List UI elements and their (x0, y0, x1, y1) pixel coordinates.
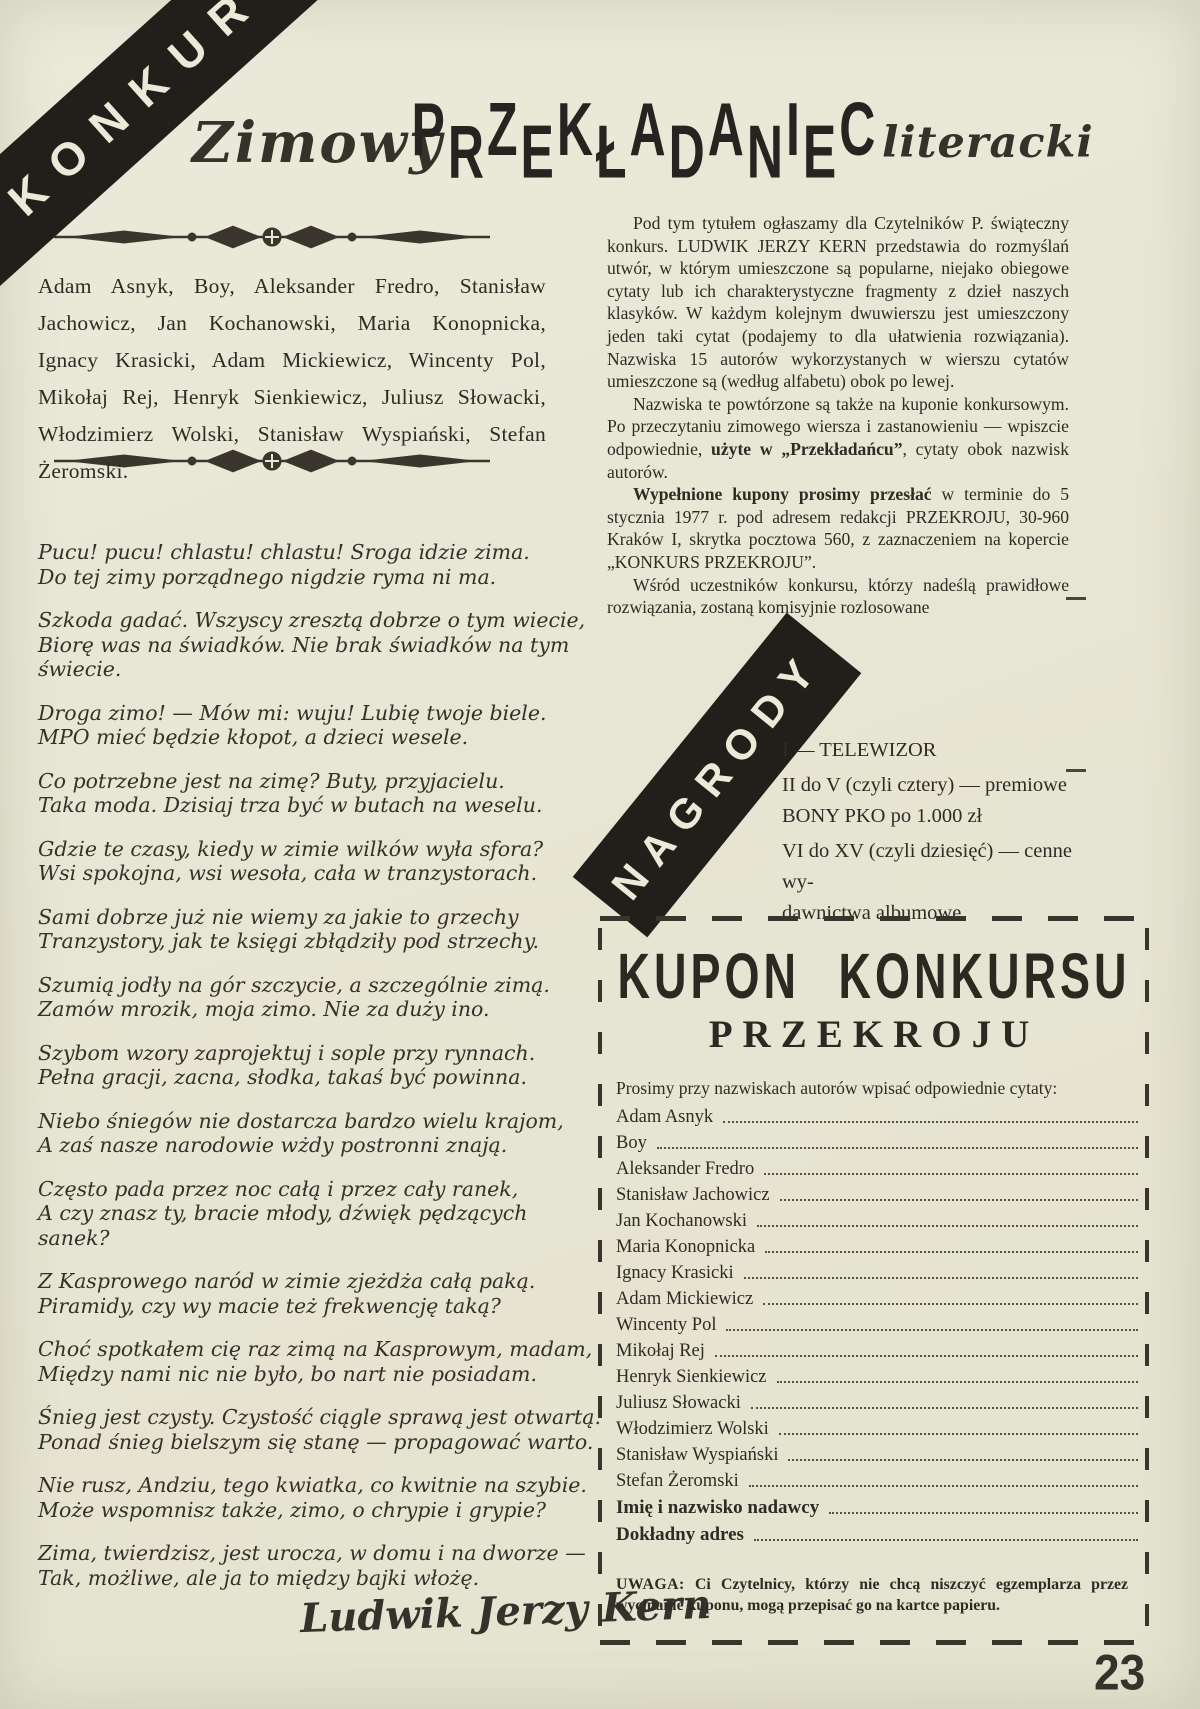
coupon-answer-line[interactable] (763, 1303, 1138, 1305)
coupon-author-row: Włodzimierz Wolski (616, 1414, 1140, 1440)
poem-line: Pełna gracji, zacna, słodka, takaś być p… (38, 1065, 603, 1090)
coupon-author-row: Henryk Sienkiewicz (616, 1362, 1140, 1388)
poem-line: Z Kasprowego naród w zimie zjeżdża całą … (38, 1269, 603, 1294)
coupon-author-row: Maria Konopnicka (616, 1232, 1140, 1258)
coupon-author-row: Adam Mickiewicz (616, 1284, 1140, 1310)
poem-stanza: Często pada przez noc całą i przez cały … (38, 1177, 603, 1251)
poem-line: Zima, twierdzisz, jest urocza, w domu i … (38, 1541, 603, 1566)
coupon-answer-line[interactable] (723, 1121, 1138, 1123)
poem-stanza: Niebo śniegów nie dostarcza bardzo wielu… (38, 1109, 603, 1158)
poem-stanza: Zima, twierdzisz, jest urocza, w domu i … (38, 1541, 603, 1590)
poem-stanza: Co potrzebne jest na zimę? Buty, przyjac… (38, 769, 603, 818)
title-letter: E (521, 109, 554, 196)
coupon-author-row: Adam Asnyk (616, 1102, 1140, 1128)
coupon-answer-line[interactable] (780, 1199, 1138, 1201)
title-script-zimowy: Zimowy (192, 110, 444, 176)
poem-line: Do tej zimy porządnego nigdzie ryma ni m… (38, 565, 603, 590)
coupon-note-uwaga: UWAGA: (616, 1576, 685, 1593)
title-letter: A (708, 86, 744, 173)
coupon-answer-line[interactable] (749, 1485, 1138, 1487)
poem-line: Choć spotkałem cię raz zimą na Kasprowym… (38, 1337, 603, 1362)
title-letter: K (557, 86, 593, 173)
poem-line: Często pada przez noc całą i przez cały … (38, 1177, 603, 1202)
margin-mark (1066, 597, 1086, 600)
coupon-author-row: Boy (616, 1128, 1140, 1154)
poem-stanza: Sami dobrze już nie wiemy za jakie to gr… (38, 905, 603, 954)
coupon-answer-line[interactable] (754, 1539, 1138, 1541)
poem-line: Tak, możliwe, ale ja to między bajki wło… (38, 1566, 603, 1591)
coupon-author-row: Mikołaj Rej (616, 1336, 1140, 1362)
coupon-row-label: Imię i nazwisko nadawcy (616, 1497, 819, 1519)
coupon-row-label: Adam Asnyk (616, 1107, 713, 1128)
poem-stanza: Śnieg jest czysty. Czystość ciągle spraw… (38, 1405, 603, 1454)
authors-list-paragraph: Adam Asnyk, Boy, Aleksander Fredro, Stan… (38, 268, 546, 490)
coupon-note-text: Ci Czytelnicy, którzy nie chcą niszczyć … (616, 1576, 1128, 1614)
coupon-row-label: Stefan Żeromski (616, 1471, 739, 1492)
poem-stanza: Szkoda gadać. Wszyscy zresztą dobrze o t… (38, 608, 603, 682)
coupon-row-label: Henryk Sienkiewicz (616, 1367, 767, 1388)
coupon-answer-line[interactable] (744, 1277, 1138, 1279)
coupon-title: KUPON KONKURSU (600, 940, 1148, 1014)
coupon-author-row: Stanisław Wyspiański (616, 1440, 1140, 1466)
poem-line: Biorę was na świadków. Nie brak świadków… (38, 633, 603, 682)
title-letter: E (803, 109, 836, 196)
poem-stanza: Droga zimo! — Mów mi: wuju! Lubię twoje … (38, 701, 603, 750)
poem-line: Sami dobrze już nie wiemy za jakie to gr… (38, 905, 603, 930)
poem-line: Niebo śniegów nie dostarcza bardzo wielu… (38, 1109, 603, 1134)
contest-description: Pod tym tytułem ogłaszamy dla Czytelnikó… (607, 212, 1069, 619)
coupon-border-top (600, 916, 1148, 921)
coupon-field-row: Dokładny adres (616, 1519, 1140, 1546)
coupon-answer-line[interactable] (715, 1355, 1138, 1357)
ornament-divider (52, 222, 492, 252)
title-letter: N (747, 109, 783, 196)
coupon-row-label: Włodzimierz Wolski (616, 1419, 769, 1440)
coupon-answer-line[interactable] (829, 1512, 1138, 1514)
prize-item: II do V (czyli cztery) — premiowe BONY P… (782, 770, 1092, 832)
poem-line: Ponad śnieg bielszym się stanę — propago… (38, 1430, 603, 1455)
poem-stanza: Nie rusz, Andziu, tego kwiatka, co kwitn… (38, 1473, 603, 1522)
poem-line: Szkoda gadać. Wszyscy zresztą dobrze o t… (38, 608, 603, 633)
coupon-row-label: Maria Konopnicka (616, 1237, 755, 1258)
coupon-instruction: Prosimy przy nazwiskach autorów wpisać o… (616, 1078, 1136, 1099)
coupon-row-label: Aleksander Fredro (616, 1159, 754, 1180)
coupon-author-row: Aleksander Fredro (616, 1154, 1140, 1180)
poem-line: A czy znasz ty, bracie młody, dźwięk pęd… (38, 1201, 603, 1250)
poem-line: Taka moda. Dzisiaj trza być w butach na … (38, 793, 603, 818)
coupon-row-label: Ignacy Krasicki (616, 1263, 734, 1284)
coupon-border-bottom (600, 1640, 1148, 1645)
coupon-note: UWAGA: Ci Czytelnicy, którzy nie chcą ni… (616, 1574, 1128, 1616)
poem-line: Może wspomnisz także, zimo, o chrypie i … (38, 1498, 603, 1523)
poem-line: Piramidy, czy wy macie też frekwencję ta… (38, 1294, 603, 1319)
coupon-field-row: Imię i nazwisko nadawcy (616, 1492, 1140, 1519)
title-letter: D (669, 109, 705, 196)
prize-item: I — TELEWIZOR (782, 735, 1092, 766)
intro-p3-bold: Wypełnione kupony prosimy przesłać (633, 484, 932, 504)
coupon-row-label: Boy (616, 1133, 647, 1154)
coupon-author-row: Ignacy Krasicki (616, 1258, 1140, 1284)
coupon-answer-line[interactable] (777, 1381, 1138, 1383)
poem-line: Szumią jodły na gór szczycie, a szczegól… (38, 973, 603, 998)
coupon-row-label: Stanisław Jachowicz (616, 1185, 770, 1206)
intro-paragraph-3: Wypełnione kupony prosimy przesłać w ter… (607, 483, 1069, 573)
poem-line: MPO mieć będzie kłopot, a dzieci wesele. (38, 725, 603, 750)
coupon-answer-line[interactable] (788, 1459, 1138, 1461)
page-number: 23 (1094, 1643, 1145, 1701)
title-letter: R (448, 109, 484, 196)
coupon-author-row: Juliusz Słowacki (616, 1388, 1140, 1414)
coupon-row-label: Dokładny adres (616, 1524, 744, 1546)
coupon-row-label: Jan Kochanowski (616, 1211, 747, 1232)
title-letter: P (412, 86, 445, 173)
title-przekladaniec: PRZEKŁADANIEC (410, 86, 877, 173)
intro-paragraph-1: Pod tym tytułem ogłaszamy dla Czytelnikó… (607, 212, 1069, 393)
poem-stanza: Szumią jodły na gór szczycie, a szczegól… (38, 973, 603, 1022)
poem-line: Co potrzebne jest na zimę? Buty, przyjac… (38, 769, 603, 794)
title-letter: Z (487, 86, 518, 173)
title-letter: Ł (596, 109, 627, 196)
poem-stanza: Choć spotkałem cię raz zimą na Kasprowym… (38, 1337, 603, 1386)
title-letter: A (630, 86, 666, 173)
coupon-row-label: Stanisław Wyspiański (616, 1445, 778, 1466)
poem-stanza: Z Kasprowego naród w zimie zjeżdża całą … (38, 1269, 603, 1318)
coupon-row-label: Adam Mickiewicz (616, 1289, 753, 1310)
poem-line: Droga zimo! — Mów mi: wuju! Lubię twoje … (38, 701, 603, 726)
coupon-answer-line[interactable] (779, 1433, 1138, 1435)
poem: Pucu! pucu! chlastu! chlastu! Sroga idzi… (38, 540, 603, 1609)
coupon-rows: Adam AsnykBoyAleksander FredroStanisław … (616, 1102, 1140, 1546)
coupon-row-label: Mikołaj Rej (616, 1341, 705, 1362)
coupon-answer-line[interactable] (757, 1225, 1138, 1227)
coupon-subtitle: PRZEKROJU (600, 1012, 1148, 1057)
coupon-author-row: Wincenty Pol (616, 1310, 1140, 1336)
poem-line: Tranzystory, jak te księgi zbłądziły pod… (38, 929, 603, 954)
coupon-row-label: Juliusz Słowacki (616, 1393, 741, 1414)
coupon-author-row: Stanisław Jachowicz (616, 1180, 1140, 1206)
poem-line: Między nami nic nie było, bo nart nie po… (38, 1362, 603, 1387)
poem-line: Szybom wzory zaprojektuj i sople przy ry… (38, 1041, 603, 1066)
intro-paragraph-4: Wśród uczestników konkursu, którzy nadeś… (607, 574, 1069, 619)
poem-stanza: Szybom wzory zaprojektuj i sople przy ry… (38, 1041, 603, 1090)
margin-mark (1066, 769, 1086, 772)
magazine-page: KONKURS Zimowy PRZEKŁADANIEC literacki (0, 0, 1200, 1709)
title-script-literacki: literacki (882, 118, 1094, 168)
poem-line: Zamów mrozik, moja zimo. Nie za duży ino… (38, 997, 603, 1022)
poem-stanza: Pucu! pucu! chlastu! chlastu! Sroga idzi… (38, 540, 603, 589)
poem-line: Wsi spokojna, wsi wesoła, cała w tranzys… (38, 861, 603, 886)
coupon-author-row: Jan Kochanowski (616, 1206, 1140, 1232)
intro-p2-bold: użyte w „Przekładańcu” (711, 439, 902, 459)
poem-stanza: Gdzie te czasy, kiedy w zimie wilków wył… (38, 837, 603, 886)
coupon-answer-line[interactable] (657, 1147, 1138, 1149)
title-letter: I (786, 86, 800, 173)
coupon-row-label: Wincenty Pol (616, 1315, 716, 1336)
poem-line: Gdzie te czasy, kiedy w zimie wilków wył… (38, 837, 603, 862)
coupon-answer-line[interactable] (765, 1251, 1138, 1253)
coupon-author-row: Stefan Żeromski (616, 1466, 1140, 1492)
poem-line: Śnieg jest czysty. Czystość ciągle spraw… (38, 1405, 603, 1430)
coupon-answer-line[interactable] (726, 1329, 1138, 1331)
poem-line: Nie rusz, Andziu, tego kwiatka, co kwitn… (38, 1473, 603, 1498)
prize-list: I — TELEWIZORII do V (czyli cztery) — pr… (782, 735, 1092, 933)
poem-line: A zaś nasze narodowie wżdy postronni zna… (38, 1133, 603, 1158)
title-letter: C (839, 86, 875, 173)
poem-line: Pucu! pucu! chlastu! chlastu! Sroga idzi… (38, 540, 603, 565)
coupon-answer-line[interactable] (764, 1173, 1138, 1175)
intro-paragraph-2: Nazwiska te powtórzone są także na kupon… (607, 393, 1069, 483)
coupon-answer-line[interactable] (751, 1407, 1138, 1409)
